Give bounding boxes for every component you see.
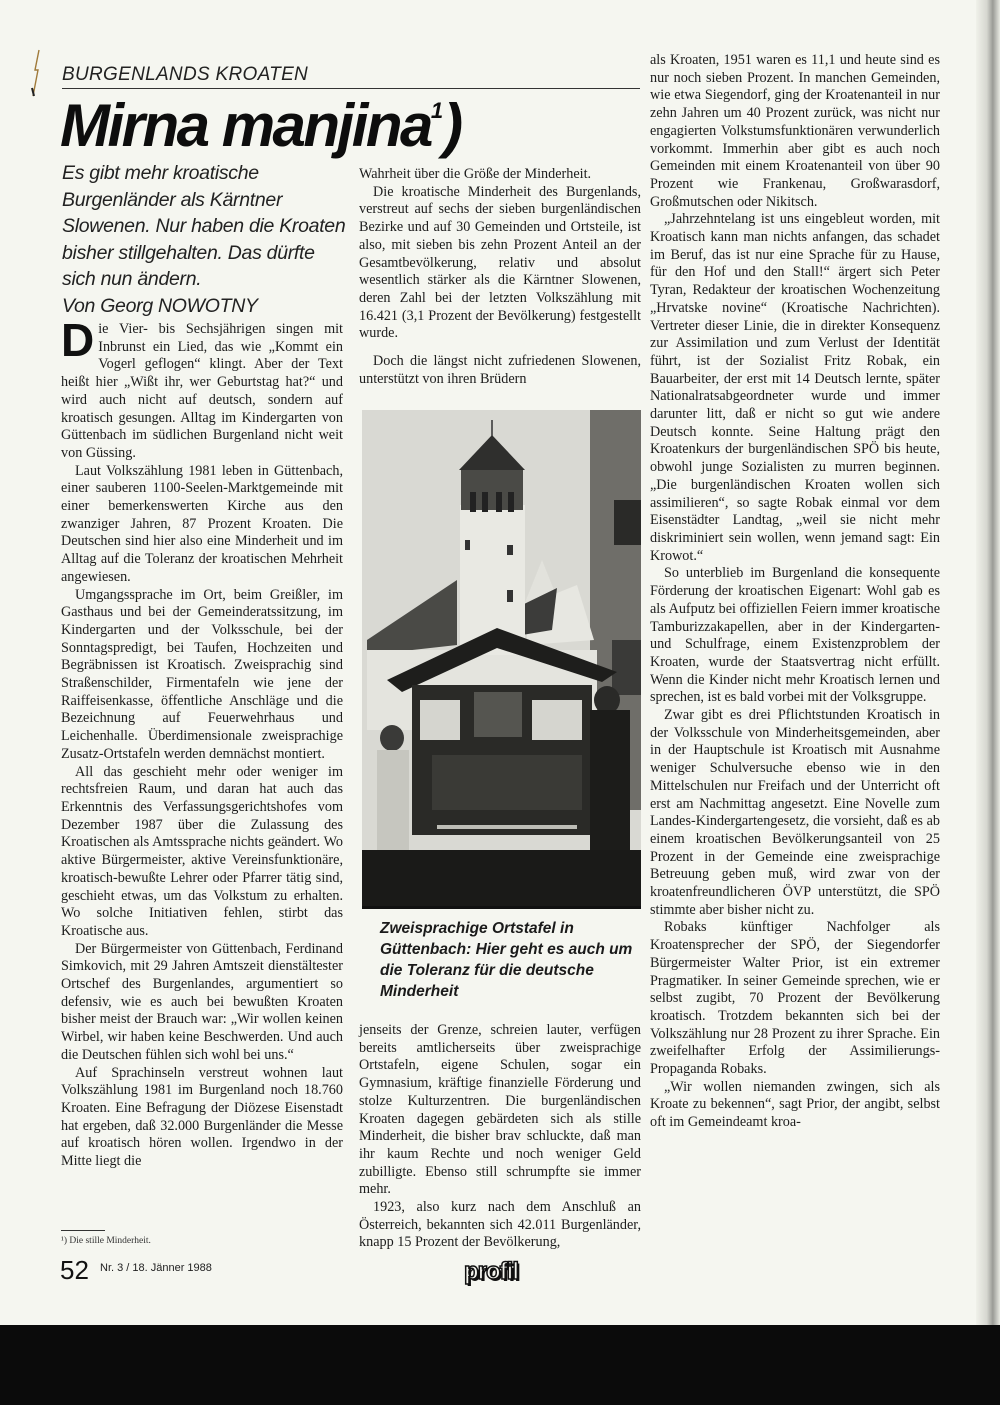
paragraph: Die kroatische Minderheit des Burgenland… (359, 184, 641, 343)
section-kicker: BURGENLANDS KROATEN (62, 64, 640, 89)
headline-title: Mirna manjina (60, 92, 431, 159)
headline-paren: ) (443, 92, 460, 159)
byline: Von Georg NOWOTNY (62, 293, 362, 320)
paragraph: „Jahrzehntelang ist uns eingebleut worde… (650, 211, 940, 565)
footnote-mark: 1 (431, 98, 443, 123)
paragraph: als Kroaten, 1951 waren es 11,1 und heut… (650, 52, 940, 211)
drop-cap: D (61, 321, 94, 358)
article-column-2-bottom: jenseits der Grenze, schreien lauter, ve… (359, 1022, 641, 1252)
deck-line: sich nun ändern. (62, 266, 362, 293)
scan-bottom-border (0, 1325, 1000, 1405)
article-column-1: Die Vier- bis Sechsjährigen singen mit I… (61, 321, 343, 1171)
profil-logo: profil (464, 1258, 518, 1286)
paragraph: Doch die längst nicht zufriedenen Slowen… (359, 353, 641, 388)
paragraph: „Wir wollen niemanden zwingen, sich als … (650, 1079, 940, 1132)
paragraph: Zwar gibt es drei Pflichtstunden Kroatis… (650, 707, 940, 919)
paragraph: jenseits der Grenze, schreien lauter, ve… (359, 1022, 641, 1199)
paragraph: Die Vier- bis Sechsjährigen singen mit I… (61, 321, 343, 463)
pen-mark-icon (30, 48, 42, 98)
paragraph: So unterblieb im Burgenland die konseque… (650, 565, 940, 707)
paragraph: Wahrheit über die Größe der Minderheit. (359, 166, 641, 184)
deck-line: Burgenländer als Kärntner (62, 187, 362, 214)
deck-line: Slowenen. Nur haben die Kroaten (62, 213, 362, 240)
issue-date: Nr. 3 / 18. Jänner 1988 (100, 1262, 212, 1274)
page-scan-edge (976, 0, 1000, 1325)
deck-line: bisher stillgehalten. Das dürfte (62, 240, 362, 267)
photo-caption: Zweisprachige Ortstafel in Güttenbach: H… (380, 918, 635, 1002)
footnote-divider (61, 1230, 105, 1231)
church-sign-photo (362, 410, 641, 906)
paragraph: Der Bürgermeister von Güttenbach, Ferdin… (61, 941, 343, 1065)
paragraph: Robaks künftiger Nachfolger als Kroatens… (650, 919, 940, 1078)
paragraph: Auf Sprachinseln verstreut wohnen laut V… (61, 1065, 343, 1171)
article-deck: Es gibt mehr kroatische Burgenländer als… (62, 160, 362, 319)
magazine-page: BURGENLANDS KROATEN Mirna manjina1) Es g… (0, 0, 1000, 1325)
page-number: 52 (60, 1255, 89, 1286)
article-column-2-top: Wahrheit über die Größe der Minderheit. … (359, 166, 641, 388)
paragraph: All das geschieht mehr oder weniger im r… (61, 764, 343, 941)
headline: Mirna manjina1) (60, 96, 461, 156)
article-photo (362, 410, 641, 909)
article-column-3: als Kroaten, 1951 waren es 11,1 und heut… (650, 52, 940, 1132)
paragraph: 1923, also kurz nach dem Anschluß an Öst… (359, 1199, 641, 1252)
paragraph: Umgangssprache im Ort, beim Greißler, im… (61, 587, 343, 764)
deck-line: Es gibt mehr kroatische (62, 160, 362, 187)
footnote: ¹) Die stille Minderheit. (61, 1236, 151, 1246)
paragraph: Laut Volkszählung 1981 leben in Güttenba… (61, 463, 343, 587)
